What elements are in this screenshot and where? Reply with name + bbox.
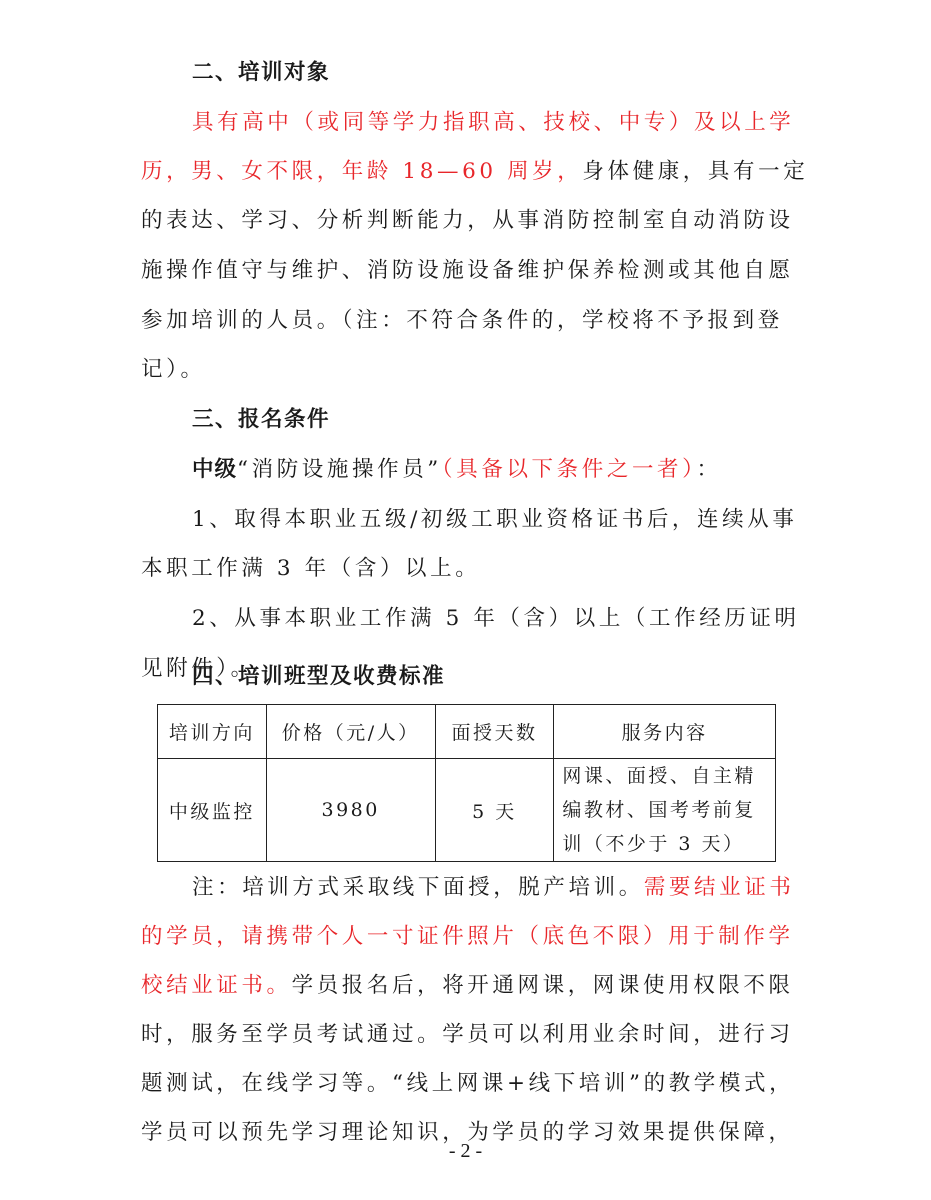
subheading-line: 中级“消防设施操作员”（具备以下条件之一者）： bbox=[192, 455, 840, 485]
condition-note: （具备以下条件之一者） bbox=[442, 457, 697, 482]
paragraph-line: 参加培训的人员。（注：不符合条件的，学校将不予报到登 bbox=[141, 306, 789, 336]
note-line: 注：培训方式采取线下面授，脱产培训。需要结业证书 bbox=[192, 873, 840, 903]
job-title: “消防设施操作员” bbox=[237, 457, 442, 482]
cell-direction: 中级监控 bbox=[158, 759, 267, 862]
note-line: 的学员，请携带个人一寸证件照片（底色不限）用于制作学 bbox=[141, 922, 789, 952]
note-line: 校结业证书。学员报名后，将开通网课，网课使用权限不限 bbox=[141, 971, 789, 1001]
emphasis-text: 历，男、女不限，年龄 18—60 周岁， bbox=[141, 159, 582, 184]
paragraph-line: 记）。 bbox=[141, 355, 789, 385]
table-header-row: 培训方向 价格（元/人） 面授天数 服务内容 bbox=[158, 705, 776, 759]
service-line: 训（不少于 3 天） bbox=[562, 827, 775, 861]
section-heading-fees: 四、培训班型及收费标准 bbox=[192, 662, 840, 692]
section-heading-training-target: 二、培训对象 bbox=[192, 58, 840, 88]
header-days: 面授天数 bbox=[435, 705, 554, 759]
condition-item-1: 1、取得本职业五级/初级工职业资格证书后，连续从事 bbox=[192, 505, 840, 535]
note-line: 时，服务至学员考试通过。学员可以利用业余时间，进行习 bbox=[141, 1020, 789, 1050]
emphasis-text: 需要结业证书 bbox=[644, 875, 795, 900]
note-line: 题测试，在线学习等。“线上网课+线下培训”的教学模式， bbox=[141, 1069, 789, 1099]
fee-table: 培训方向 价格（元/人） 面授天数 服务内容 中级监控 3980 5 天 网课、… bbox=[157, 704, 776, 862]
colon: ： bbox=[697, 457, 722, 482]
service-line: 网课、面授、自主精 bbox=[562, 759, 775, 793]
paragraph-line: 施操作值守与维护、消防设施设备维护保养检测或其他自愿 bbox=[141, 256, 789, 286]
paragraph-line: 具有高中（或同等学力指职高、技校、中专）及以上学 bbox=[192, 108, 840, 138]
body-text: 学员报名后，将开通网课，网课使用权限不限 bbox=[292, 973, 794, 998]
paragraph-line: 历，男、女不限，年龄 18—60 周岁，身体健康，具有一定 bbox=[141, 157, 789, 187]
body-text: 注：培训方式采取线下面授，脱产培训。 bbox=[192, 875, 644, 900]
cell-service: 网课、面授、自主精 编教材、国考考前复 训（不少于 3 天） bbox=[554, 759, 776, 862]
cell-price: 3980 bbox=[266, 759, 435, 862]
table-row: 中级监控 3980 5 天 网课、面授、自主精 编教材、国考考前复 训（不少于 … bbox=[158, 759, 776, 862]
page-number: - 2 - bbox=[0, 1140, 931, 1163]
condition-item-2: 2、从事本职业工作满 5 年（含）以上（工作经历证明 bbox=[192, 604, 840, 634]
emphasis-text: 校结业证书。 bbox=[141, 973, 292, 998]
header-direction: 培训方向 bbox=[158, 705, 267, 759]
service-line: 编教材、国考考前复 bbox=[562, 793, 775, 827]
cell-days: 5 天 bbox=[435, 759, 554, 862]
level-label: 中级 bbox=[192, 457, 237, 482]
header-service: 服务内容 bbox=[554, 705, 776, 759]
header-price: 价格（元/人） bbox=[266, 705, 435, 759]
paragraph-line: 的表达、学习、分析判断能力，从事消防控制室自动消防设 bbox=[141, 206, 789, 236]
document-page: 二、培训对象 具有高中（或同等学力指职高、技校、中专）及以上学 历，男、女不限，… bbox=[0, 0, 931, 1200]
condition-item-1-cont: 本职工作满 3 年（含）以上。 bbox=[141, 554, 789, 584]
section-heading-registration: 三、报名条件 bbox=[192, 405, 840, 435]
body-text: 身体健康，具有一定 bbox=[582, 159, 808, 184]
